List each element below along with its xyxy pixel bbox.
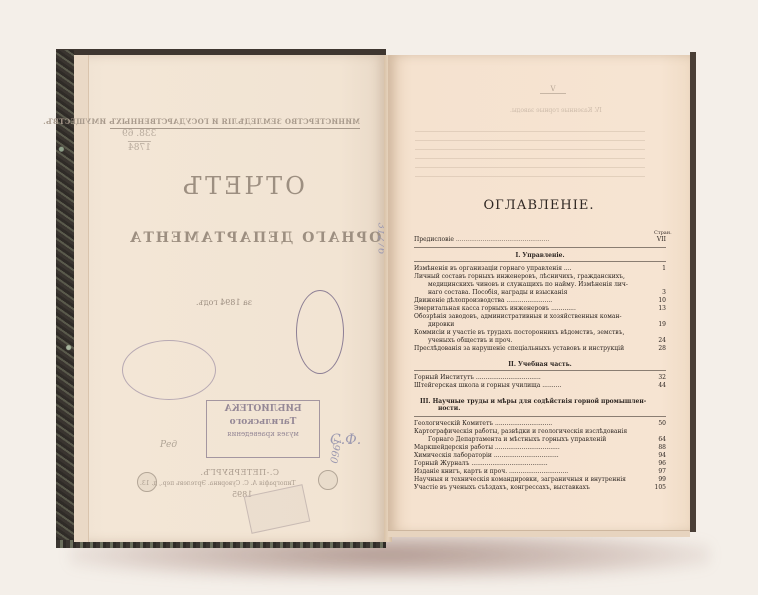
- ministry-line: МИНИСТЕРСТВО ЗЕМЛЕДѢЛІЯ И ГОСУДАРСТВЕННЫ…: [110, 117, 360, 129]
- toc-entry[interactable]: Научныя и техническія командировки, загр…: [414, 476, 666, 484]
- toc-entry[interactable]: Движеніе дѣлопроизводства ..............…: [414, 297, 666, 305]
- city-line: С.-ПЕТЕРБУРГЪ.: [200, 468, 279, 477]
- page-bottom-edge: [388, 530, 690, 537]
- subtitle-department: ГОРНАГО ДЕПАРТАМЕНТА: [128, 230, 393, 246]
- section-heading-2: II. Учебная часть.: [414, 361, 666, 368]
- toc-entry[interactable]: Участіе въ ученыхъ съѣздахъ, конгрессахъ…: [414, 484, 666, 492]
- toc-entry[interactable]: Эмеритальная касса горныхъ инженеровъ ..…: [414, 305, 666, 313]
- toc-entry[interactable]: Химическія лабораторіи .................…: [414, 452, 666, 460]
- page-number: VII: [657, 236, 666, 244]
- toc-entry[interactable]: Личный составъ горныхъ инженеровъ, лѣсни…: [414, 273, 666, 297]
- toc-entry[interactable]: Коммисіи и участіе въ трудахъ посторонни…: [414, 329, 666, 345]
- toc-entry[interactable]: Геологическій Комитетъ .................…: [414, 420, 666, 428]
- stamp-line-1: БИБЛИОТЕКА: [207, 404, 319, 414]
- divider: [414, 261, 666, 262]
- inventory-mark: 338. 69: [122, 129, 156, 139]
- printer-seal-icon-2: [318, 470, 338, 490]
- right-cover-edge: [690, 52, 696, 532]
- pastedown-edge: [74, 55, 89, 542]
- toc-entry-preface[interactable]: Предисловіе ............................…: [414, 236, 666, 244]
- stamp-line-2: Тагильского: [207, 417, 319, 427]
- pencil-note-3: С.Ф.: [330, 432, 361, 448]
- year-line: за 1894 годъ.: [196, 298, 252, 307]
- divider: [414, 247, 666, 248]
- page-numeral: V: [540, 85, 566, 94]
- bleed-through-lines: [415, 125, 645, 185]
- toc-title: ОГЛАВЛЕНІЕ.: [412, 198, 666, 213]
- toc-entry[interactable]: Измѣненія въ организаціи горнаго управле…: [414, 265, 666, 273]
- bleed-section-heading: IV. Казенные горные заводы.: [510, 107, 602, 114]
- section-heading-3: III. Научные труды и мѣры для содѣйствія…: [414, 398, 672, 412]
- toc-entry[interactable]: Изданіе книгъ, картъ и проч. ...........…: [414, 468, 666, 476]
- printer-line: Типографія А. С. Суворина. Эртелевъ пер.…: [140, 480, 296, 487]
- section-heading-1: I. Управленіе.: [414, 252, 666, 259]
- toc-entry[interactable]: Обозрѣнія заводовъ, административныя и х…: [414, 313, 666, 329]
- library-oval-stamp: [122, 340, 216, 400]
- title-otchet: ОТЧЕТЪ: [180, 172, 305, 200]
- oval-stamp-vertical: [296, 290, 344, 374]
- toc-entry[interactable]: Преслѣдованія за нарушеніе спеціальныхъ …: [414, 345, 666, 353]
- toc-entry[interactable]: Штейгерская школа и горныя училища .....…: [414, 382, 666, 390]
- divider: [414, 416, 666, 417]
- inventory-mark-2: 1784: [128, 141, 151, 153]
- pencil-note-4: Ред: [160, 440, 177, 450]
- toc-entry[interactable]: Горный Институтъ .......................…: [414, 374, 666, 382]
- toc-entry[interactable]: Маркшейдерскія работы ..................…: [414, 444, 666, 452]
- divider: [414, 370, 666, 371]
- toc-entry[interactable]: Картографическія работы, развѣдки и геол…: [414, 428, 666, 444]
- stamp-line-3: музея краеведения: [207, 430, 319, 438]
- toc-entry[interactable]: Горный Журналъ .........................…: [414, 460, 666, 468]
- library-rect-stamp: БИБЛИОТЕКА Тагильского музея краеведения: [206, 400, 320, 458]
